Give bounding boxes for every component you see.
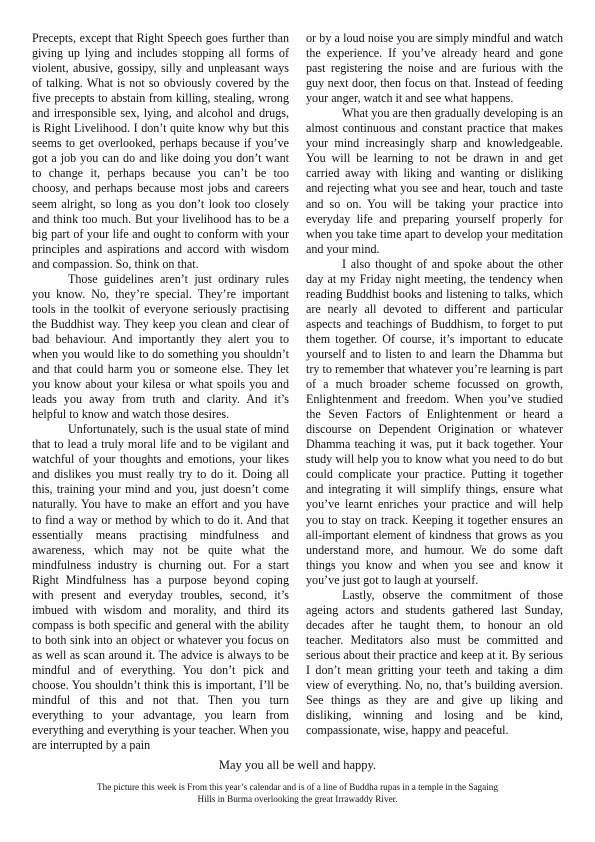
paragraph-right-livelihood: Precepts, except that Right Speech goes … [32, 31, 289, 272]
picture-caption: The picture this week is From this year’… [90, 782, 505, 805]
paragraph-friday-meeting: I also thought of and spoke about the ot… [306, 257, 563, 588]
left-column: Precepts, except that Right Speech goes … [32, 31, 289, 753]
paragraph-noise: or by a loud noise you are simply mindfu… [306, 31, 563, 106]
right-column: or by a loud noise you are simply mindfu… [306, 31, 563, 753]
two-column-body: Precepts, except that Right Speech goes … [32, 31, 563, 753]
paragraph-guidelines: Those guidelines aren’t just ordinary ru… [32, 272, 289, 422]
paragraph-commitment: Lastly, observe the commitment of those … [306, 588, 563, 738]
closing-blessing: May you all be well and happy. [0, 758, 595, 773]
paragraph-continuous-practice: What you are then gradually developing i… [306, 106, 563, 256]
paragraph-mindfulness: Unfortunately, such is the usual state o… [32, 422, 289, 753]
